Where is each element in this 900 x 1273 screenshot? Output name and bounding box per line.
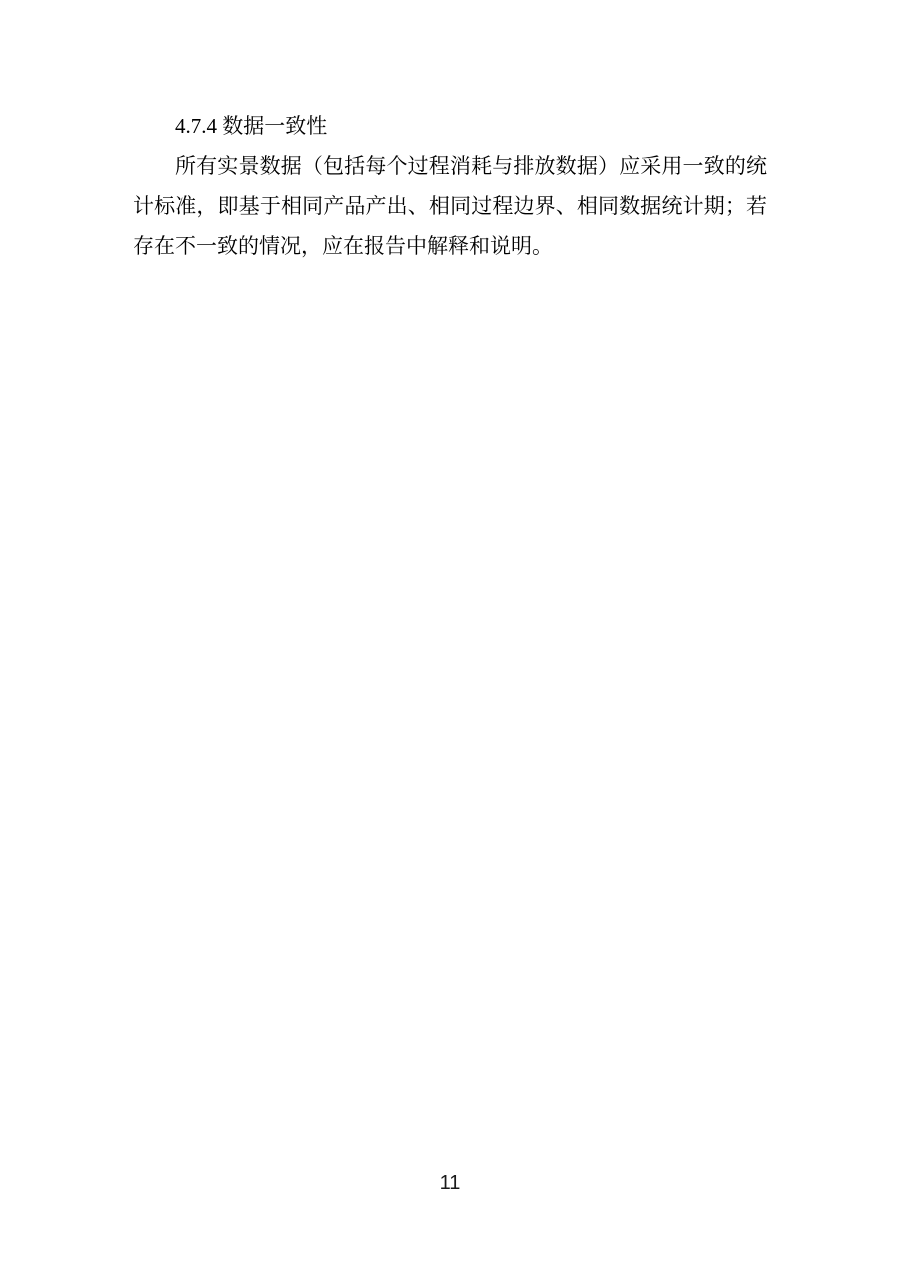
page-number: 11 <box>440 1172 461 1194</box>
paragraph-line: 所有实景数据（包括每个过程消耗与排放数据）应采用一致的统 <box>133 146 767 186</box>
document-body: 4.7.4 数据一致性 所有实景数据（包括每个过程消耗与排放数据）应采用一致的统… <box>133 106 767 266</box>
paragraph-line: 存在不一致的情况，应在报告中解释和说明。 <box>133 226 767 266</box>
page-footer: 11 <box>0 1172 900 1195</box>
section-heading: 4.7.4 数据一致性 <box>133 106 767 146</box>
paragraph-line: 计标准，即基于相同产品产出、相同过程边界、相同数据统计期；若 <box>133 186 767 226</box>
document-page: 4.7.4 数据一致性 所有实景数据（包括每个过程消耗与排放数据）应采用一致的统… <box>0 0 900 1273</box>
paragraph: 所有实景数据（包括每个过程消耗与排放数据）应采用一致的统 计标准，即基于相同产品… <box>133 146 767 266</box>
